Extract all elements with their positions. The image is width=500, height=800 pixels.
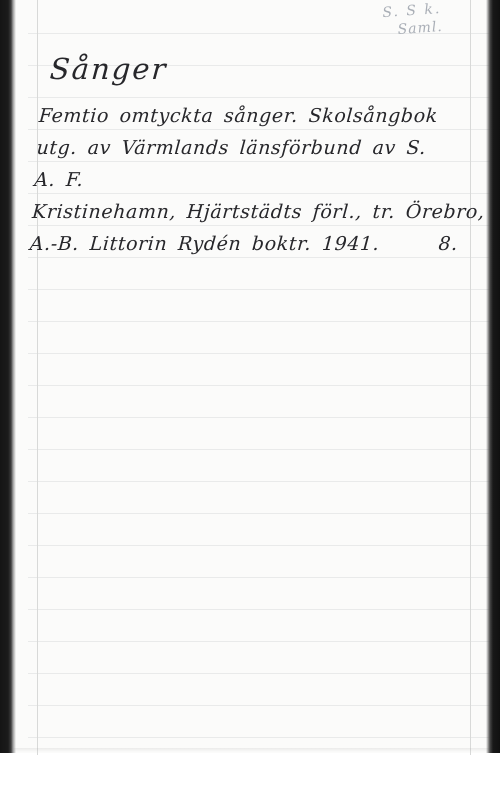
pencil-annotation: S. S k. Saml. — [382, 0, 444, 40]
catalog-card: S. S k. Saml. Sånger Femtio omtyckta sån… — [0, 0, 500, 753]
body-line: A. F. — [33, 164, 463, 196]
size-note: 8. — [437, 228, 459, 260]
card-body: Femtio omtyckta sånger. Skolsångbok utg.… — [29, 100, 468, 260]
body-line-imprint: A.-B. Littorin Rydén boktr. 1941. 8. — [29, 228, 459, 260]
body-line: utg. av Värmlands länsförbund av S. — [36, 132, 466, 164]
right-margin-line — [470, 0, 471, 755]
body-line: Kristinehamn, Hjärtstädts förl., tr. Öre… — [31, 196, 461, 228]
left-margin-line — [37, 0, 38, 755]
card-bottom-edge-shadow — [10, 748, 490, 752]
card-heading: Sånger — [49, 52, 169, 86]
imprint-text: A.-B. Littorin Rydén boktr. 1941. — [29, 228, 381, 260]
body-line: Femtio omtyckta sånger. Skolsångbok — [38, 100, 468, 132]
scanned-catalog-card-page: S. S k. Saml. Sånger Femtio omtyckta sån… — [0, 0, 500, 800]
